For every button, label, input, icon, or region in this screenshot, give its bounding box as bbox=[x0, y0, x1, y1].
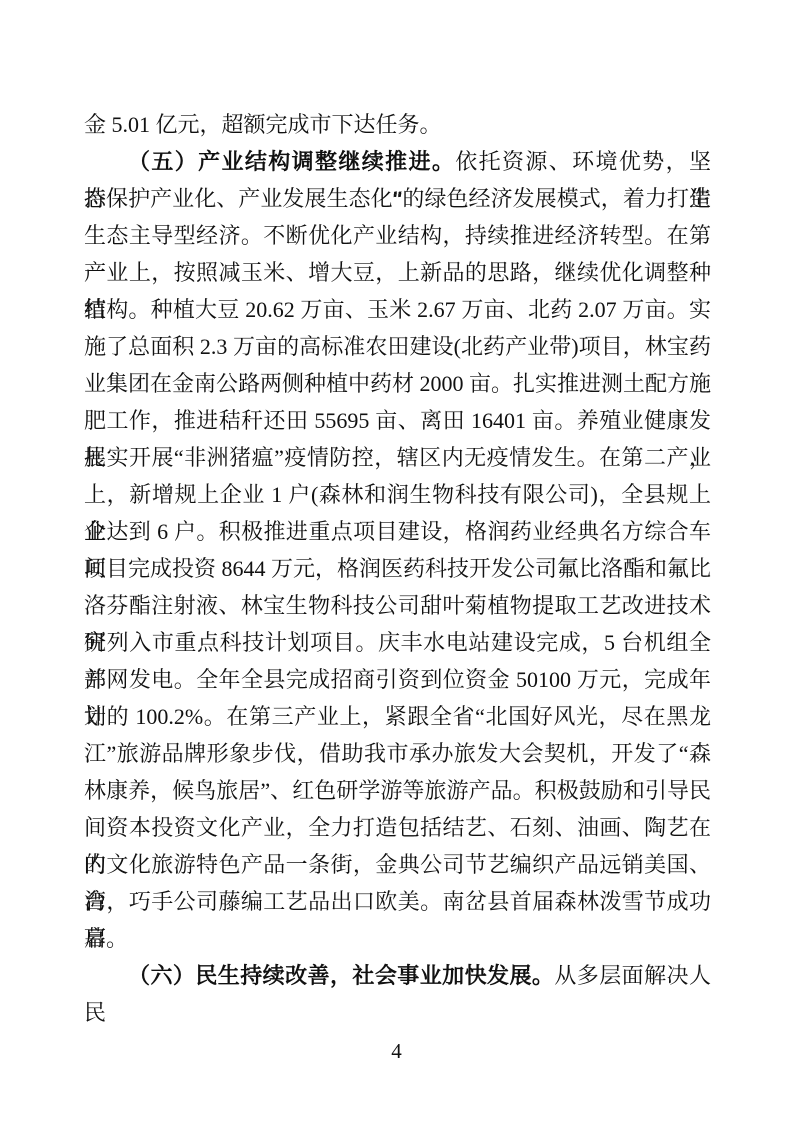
text-line: 项目完成投资 8644 万元，格润医药科技开发公司氟比洛酯和氟比 bbox=[84, 550, 711, 587]
body-text: 态保护产业化、产业发展生态化”的绿色经济发展模式，着力打造 bbox=[84, 186, 711, 211]
text-line: 并网发电。全年全县完成招商引资到位资金 50100 万元，完成年计 bbox=[84, 661, 711, 698]
text-line: 划的 100.2%。在第三产业上，紧跟全省“北国好风光，尽在黑龙 bbox=[84, 698, 711, 735]
text-line: 结构。种植大豆 20.62 万亩、玉米 2.67 万亩、北药 2.07 万亩。实 bbox=[84, 291, 711, 328]
text-line: 江”旅游品牌形象步伐，借助我市承办旅发大会契机，开发了“森 bbox=[84, 735, 711, 772]
text-line: （五）产业结构调整继续推进。依托资源、环境优势，坚持“生 bbox=[84, 143, 711, 180]
section-heading-text: （五）产业结构调整继续推进。 bbox=[128, 149, 455, 174]
body-text: 江”旅游品牌形象步伐，借助我市承办旅发大会契机，开发了“森 bbox=[84, 741, 711, 766]
text-line: （六）民生持续改善，社会事业加快发展。从多层面解决人民 bbox=[84, 957, 711, 994]
text-line: 肥工作，推进秸秆还田 55695 亩、离田 16401 亩。养殖业健康发展， bbox=[84, 402, 711, 439]
text-line: 的文化旅游特色产品一条街，金典公司节艺编织产品远销美国、台 bbox=[84, 846, 711, 883]
text-line: 上，新增规上企业 1 户(森林和润生物科技有限公司)，全县规上企 bbox=[84, 476, 711, 513]
body-text: 施了总面积 2.3 万亩的高标准农田建设(北药产业带)项目，林宝药 bbox=[84, 334, 711, 359]
section-heading-text: （六）民生持续改善，社会事业加快发展。 bbox=[128, 963, 554, 988]
document-page: 金 5.01 亿元，超额完成市下达任务。（五）产业结构调整继续推进。依托资源、环… bbox=[0, 0, 793, 1122]
text-line: 幕。 bbox=[84, 920, 711, 957]
text-line: 金 5.01 亿元，超额完成市下达任务。 bbox=[84, 106, 711, 143]
text-line: 究列入市重点科技计划项目。庆丰水电站建设完成，5 台机组全部 bbox=[84, 624, 711, 661]
text-line: 扎实开展“非洲猪瘟”疫情防控，辖区内无疫情发生。在第二产业 bbox=[84, 439, 711, 476]
body-text: 结构。种植大豆 20.62 万亩、玉米 2.67 万亩、北药 2.07 万亩。实 bbox=[84, 297, 711, 322]
body-text: 扎实开展“非洲猪瘟”疫情防控，辖区内无疫情发生。在第二产业 bbox=[84, 445, 711, 470]
document-body: 金 5.01 亿元，超额完成市下达任务。（五）产业结构调整继续推进。依托资源、环… bbox=[84, 106, 711, 994]
body-text: 林康养，候鸟旅居”、红色研学游等旅游产品。积极鼓励和引导民 bbox=[84, 778, 711, 803]
text-line: 林康养，候鸟旅居”、红色研学游等旅游产品。积极鼓励和引导民 bbox=[84, 772, 711, 809]
text-line: 间资本投资文化产业，全力打造包括结艺、石刻、油画、陶艺在内 bbox=[84, 809, 711, 846]
body-text: 金 5.01 亿元，超额完成市下达任务。 bbox=[84, 112, 442, 137]
text-line: 态保护产业化、产业发展生态化”的绿色经济发展模式，着力打造 bbox=[84, 180, 711, 217]
body-text: 划的 100.2%。在第三产业上，紧跟全省“北国好风光，尽在黑龙 bbox=[84, 704, 711, 729]
text-line: 生态主导型经济。不断优化产业结构，持续推进经济转型。在第一 bbox=[84, 217, 711, 254]
text-line: 业集团在金南公路两侧种植中药材 2000 亩。扎实推进测土配方施 bbox=[84, 365, 711, 402]
text-line: 湾，巧手公司藤编工艺品出口欧美。南岔县首届森林泼雪节成功启 bbox=[84, 883, 711, 920]
body-text: 业集团在金南公路两侧种植中药材 2000 亩。扎实推进测土配方施 bbox=[84, 371, 711, 396]
body-text: 项目完成投资 8644 万元，格润医药科技开发公司氟比洛酯和氟比 bbox=[84, 556, 711, 581]
text-line: 洛芬酯注射液、林宝生物科技公司甜叶菊植物提取工艺改进技术研 bbox=[84, 587, 711, 624]
text-line: 业达到 6 户。积极推进重点项目建设，格润药业经典名方综合车间 bbox=[84, 513, 711, 550]
text-line: 产业上，按照减玉米、增大豆，上新品的思路，继续优化调整种植 bbox=[84, 254, 711, 291]
text-line: 施了总面积 2.3 万亩的高标准农田建设(北药产业带)项目，林宝药 bbox=[84, 328, 711, 365]
body-text: 幕。 bbox=[84, 926, 128, 951]
page-number: 4 bbox=[0, 1036, 793, 1066]
